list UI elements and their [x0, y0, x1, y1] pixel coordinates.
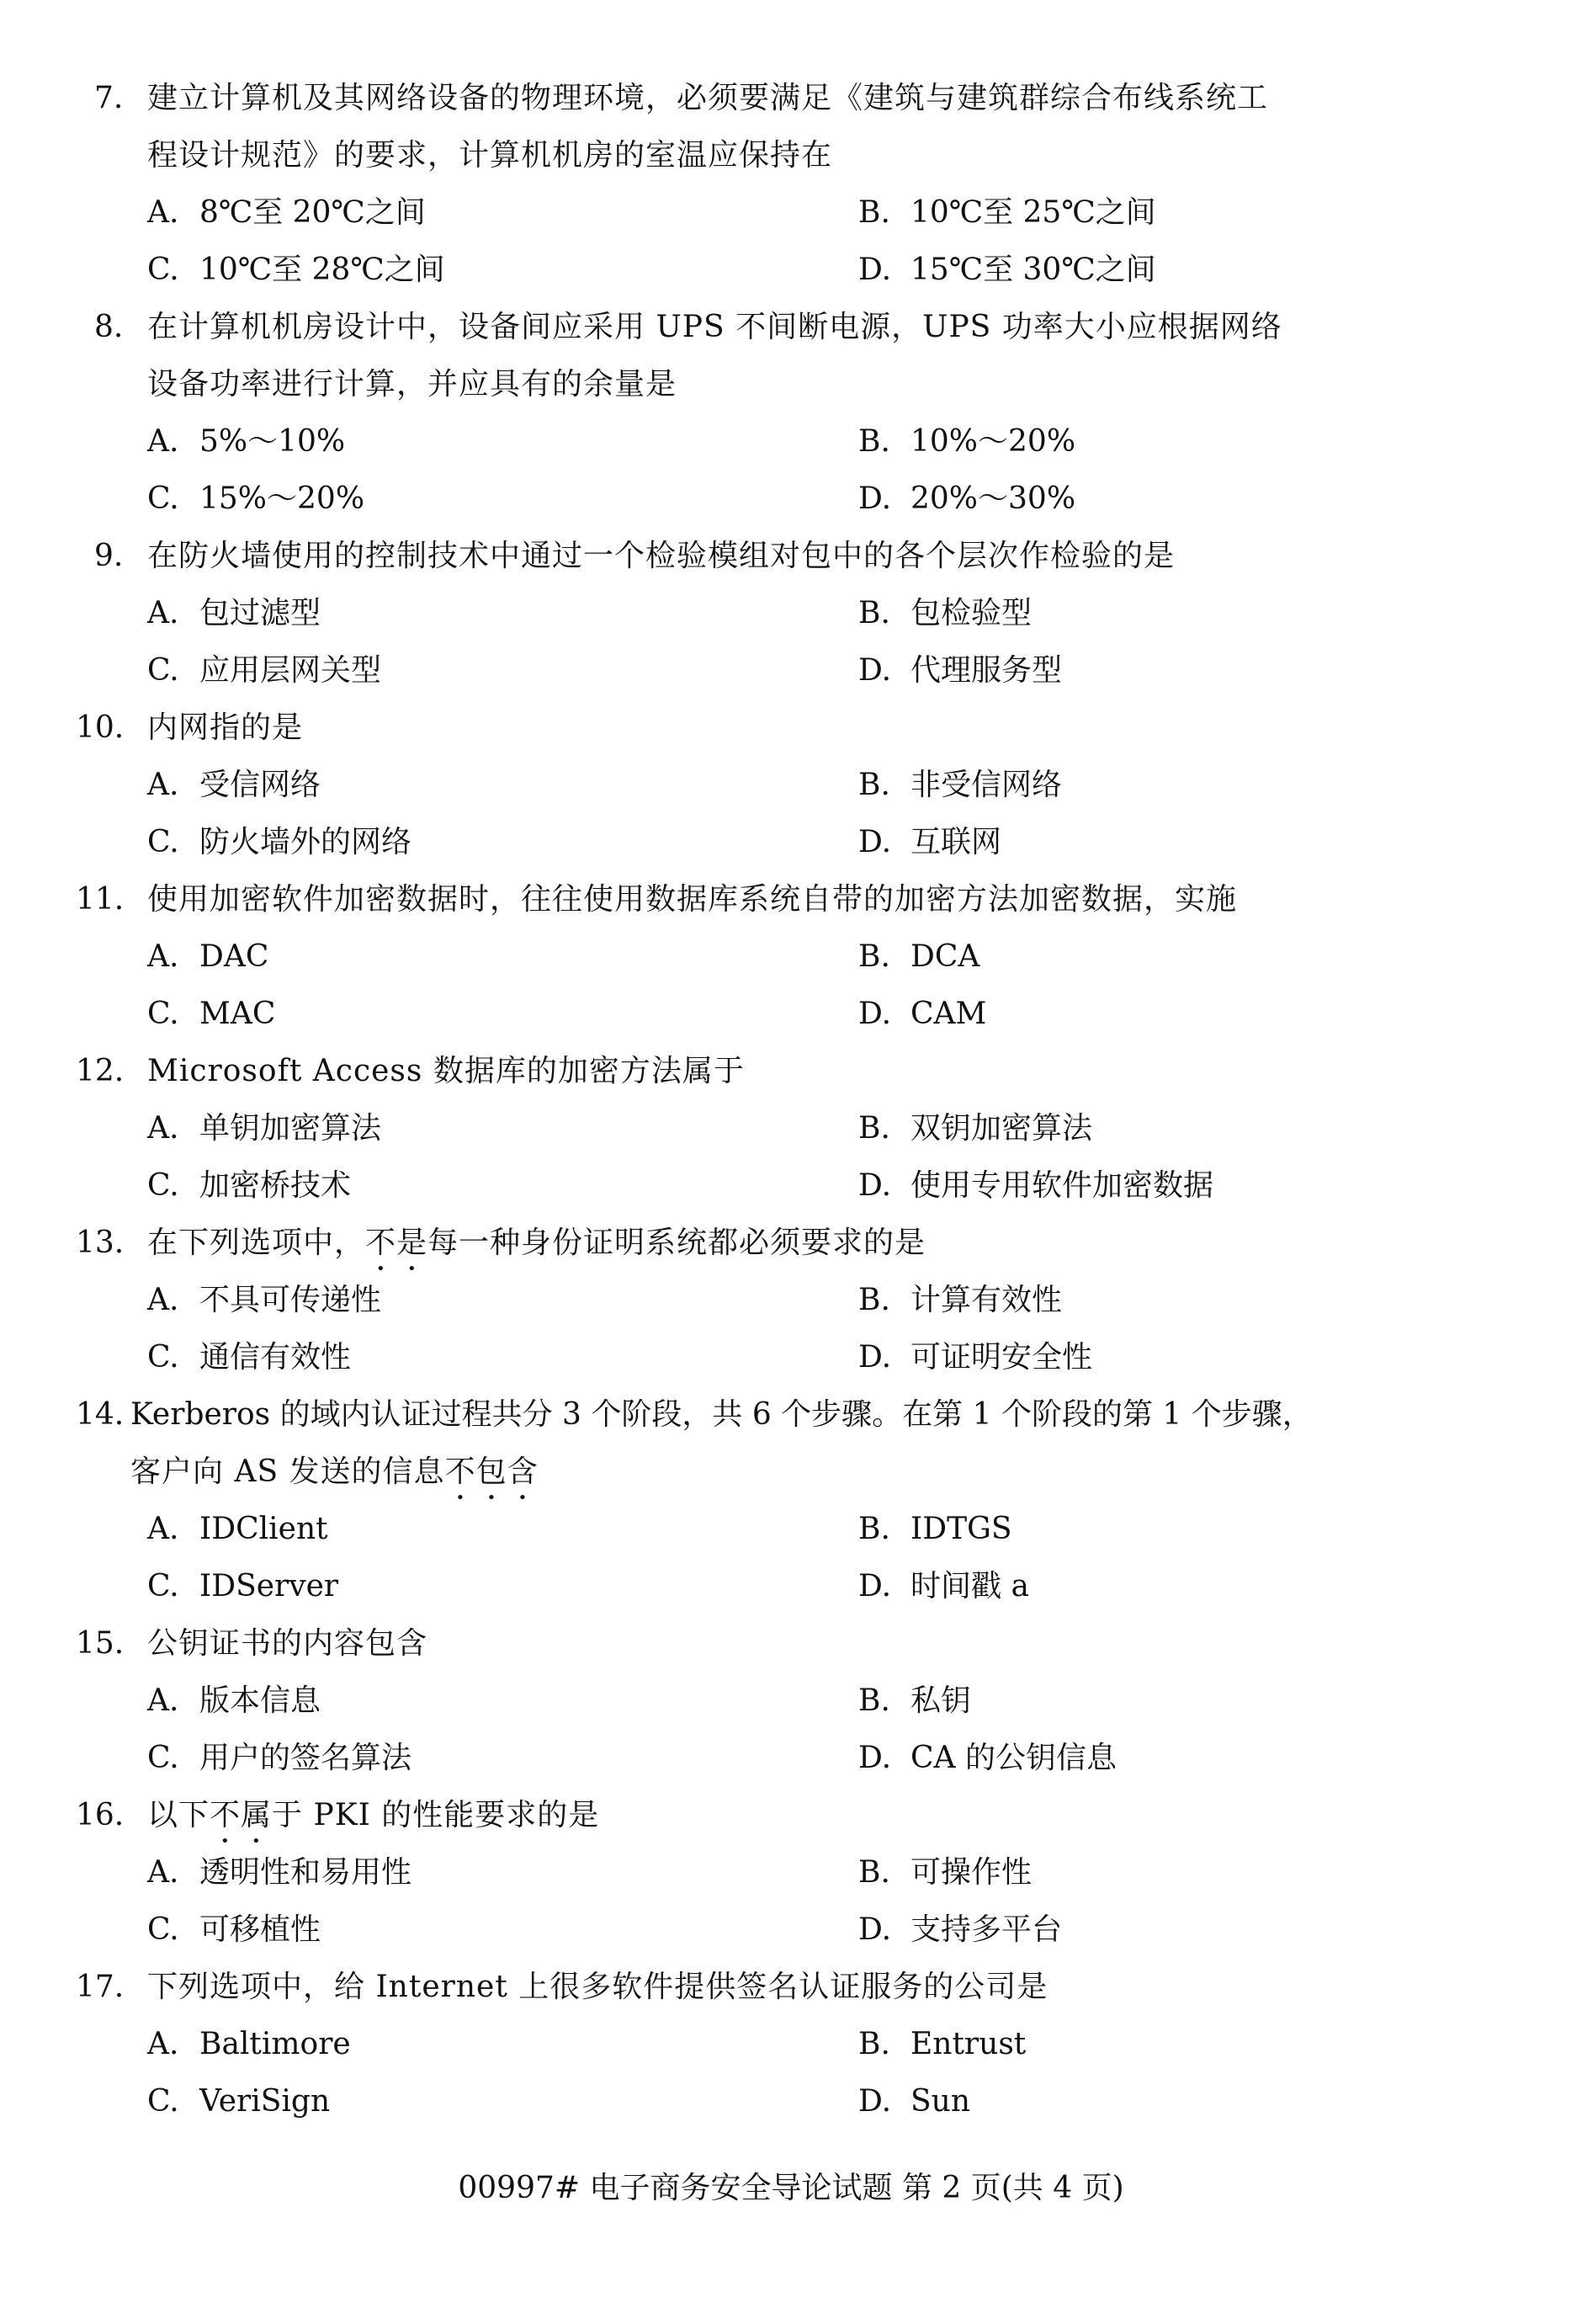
option-d: D.使用专用软件加密数据	[858, 1167, 1213, 1205]
question-number: 7.	[94, 80, 123, 117]
option-d: D.Sun	[858, 2083, 970, 2120]
option-c: C.IDServer	[147, 1568, 338, 1605]
option-a: A.8℃至 20℃之间	[147, 194, 426, 231]
option-c: C.用户的签名算法	[147, 1740, 411, 1777]
option-c: C.通信有效性	[147, 1339, 351, 1376]
option-b: B.包检验型	[858, 595, 1032, 632]
option-a: A.Baltimore	[147, 2026, 351, 2063]
option-d: D.代理服务型	[858, 652, 1062, 689]
option-c: C.可移植性	[147, 1912, 321, 1949]
option-a: A.DAC	[147, 939, 268, 976]
option-a: A.版本信息	[147, 1683, 321, 1720]
question-text: 在防火墙使用的控制技术中通过一个检验模组对包中的各个层次作检验的是	[147, 538, 1175, 575]
option-b: B.计算有效性	[858, 1282, 1062, 1319]
question-text: 公钥证书的内容包含	[147, 1625, 427, 1662]
option-c: C.15%～20%	[147, 481, 364, 518]
option-d: D.时间戳 a	[858, 1568, 1029, 1605]
option-b: B.Entrust	[858, 2026, 1026, 2063]
question-text: 建立计算机及其网络设备的物理环境，必须要满足《建筑与建筑群综合布线系统工	[147, 80, 1268, 117]
question-text: 以下不属于 PKI 的性能要求的是	[147, 1797, 599, 1850]
question-text: 程设计规范》的要求，计算机机房的室温应保持在	[147, 137, 832, 174]
question-number: 14.	[76, 1396, 124, 1433]
option-c: C.VeriSign	[147, 2083, 330, 2120]
question-text: 客户向 AS 发送的信息不包含	[130, 1454, 539, 1507]
option-a: A.受信网络	[147, 767, 321, 804]
option-a: A.包过滤型	[147, 595, 321, 632]
option-b: B.非受信网络	[858, 767, 1062, 804]
question-number: 10.	[76, 710, 124, 747]
emphasized-text: 不包含	[445, 1454, 539, 1489]
option-b: B.10℃至 25℃之间	[858, 194, 1156, 231]
question-number: 15.	[76, 1625, 124, 1662]
question-text: Microsoft Access 数据库的加密方法属于	[147, 1053, 745, 1090]
option-d: D.20%～30%	[858, 481, 1075, 518]
question-text: 在计算机机房设计中，设备间应采用 UPS 不间断电源，UPS 功率大小应根据网络	[147, 309, 1282, 346]
option-b: B.双钥加密算法	[858, 1110, 1092, 1147]
option-b: B.10%～20%	[858, 423, 1075, 460]
question-text: Kerberos 的域内认证过程共分 3 个阶段，共 6 个步骤。在第 1 个阶…	[130, 1396, 1313, 1433]
option-a: A.透明性和易用性	[147, 1854, 411, 1891]
page-footer: 00997# 电子商务安全导论试题 第 2 页(共 4 页)	[0, 2170, 1582, 2207]
option-a: A.5%～10%	[147, 423, 345, 460]
question-number: 11.	[76, 881, 124, 918]
option-a: A.IDClient	[147, 1511, 328, 1548]
option-c: C.防火墙外的网络	[147, 824, 411, 861]
option-d: D.CA 的公钥信息	[858, 1740, 1117, 1777]
option-b: B.可操作性	[858, 1854, 1032, 1891]
question-text: 内网指的是	[147, 710, 303, 747]
option-a: A.单钥加密算法	[147, 1110, 381, 1147]
option-d: D.互联网	[858, 824, 1001, 861]
option-b: B.DCA	[858, 939, 979, 976]
option-c: C.加密桥技术	[147, 1167, 351, 1205]
question-text: 使用加密软件加密数据时，往往使用数据库系统自带的加密方法加密数据，实施	[147, 881, 1237, 918]
option-c: C.应用层网关型	[147, 652, 381, 689]
emphasized-text: 不是	[365, 1226, 427, 1260]
question-text: 在下列选项中，不是每一种身份证明系统都必须要求的是	[147, 1225, 926, 1278]
exam-page: 7. 建立计算机及其网络设备的物理环境，必须要满足《建筑与建筑群综合布线系统工 …	[0, 0, 1582, 2324]
option-b: B.IDTGS	[858, 1511, 1012, 1548]
option-d: D.15℃至 30℃之间	[858, 252, 1156, 289]
question-text: 设备功率进行计算，并应具有的余量是	[147, 366, 677, 403]
emphasized-text: 不属	[210, 1798, 272, 1832]
question-text: 下列选项中，给 Internet 上很多软件提供签名认证服务的公司是	[147, 1969, 1048, 2006]
question-number: 8.	[94, 309, 123, 346]
question-number: 12.	[76, 1053, 124, 1090]
option-c: C.10℃至 28℃之间	[147, 252, 445, 289]
question-number: 16.	[76, 1797, 124, 1834]
option-b: B.私钥	[858, 1683, 971, 1720]
question-number: 9.	[94, 538, 123, 575]
option-a: A.不具可传递性	[147, 1282, 381, 1319]
option-d: D.CAM	[858, 996, 986, 1033]
question-number: 17.	[76, 1969, 124, 2006]
option-d: D.可证明安全性	[858, 1339, 1092, 1376]
option-d: D.支持多平台	[858, 1912, 1062, 1949]
question-number: 13.	[76, 1225, 124, 1262]
option-c: C.MAC	[147, 996, 275, 1033]
